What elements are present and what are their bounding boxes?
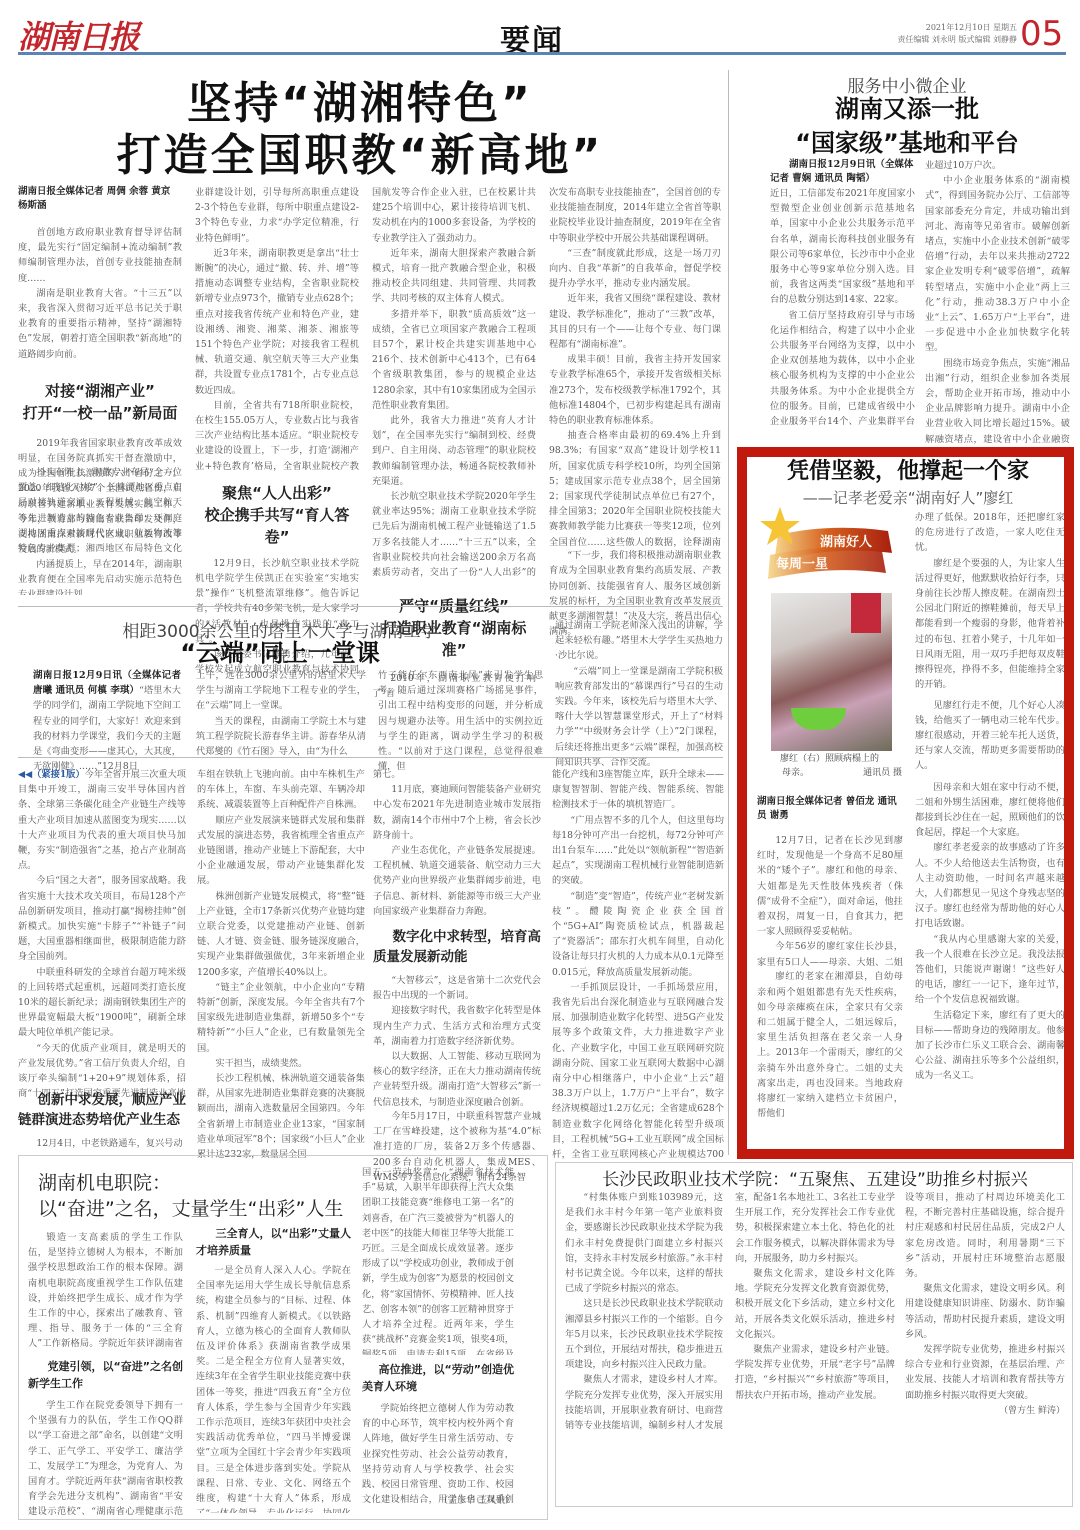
jump-marker[interactable]: ◀◀（紧接1版） [18,769,85,780]
lead-paragraph: 内涵提质上，早在2014年，湖南职业教育便在全国率先启动实施示范特色专业群建设计… [18,557,182,595]
cont-paragraph: 中联重科研发的全球首台超万吨米级的上回转塔式起重机，远超同类打造长度10米的超长… [18,965,186,1041]
cont-paragraph: 顺应产业发展演来链群式发展和集群式发展的演进态势，我省梳理全省重点产业链图谱，推… [197,813,365,889]
minzheng-headline: 长沙民政职业技术学院：“五聚焦、五建设”助推乡村振兴 [560,1165,1070,1190]
cont-paragraph: “广用点智不多的几个人，但这里每均每18分钟可产出一台挖机，每72分钟可产出1台… [552,813,724,889]
jidian-paragraph: 学院始终把立德树人作为劳动教育的中心环节，筑牢校内校外两个育人阵地，做好学生日常… [362,1401,514,1507]
cont-paragraph: 11月底，赛迪顾问智能装备产业研究中心发布2021年先进制造业城市发展指数，湖南… [373,782,541,843]
cloud-paragraph: 上午，远在3000余公里外的塔里木大学学生与湖南工学院地下工程专业的学生，在“云… [196,668,366,714]
cont-paragraph: “大智移云”，这是省第十二次党代会报告中出现的一个新词。 [373,973,541,1003]
cont-paragraph: “链主”企业领航，中小企业向“专精特新”创新，深度发展。今年全省共有7个国家级先… [197,980,365,1056]
caption-line: 母亲。 通讯员 摄 [762,766,902,780]
cont-paragraph: “制造”变“智造”，传统产业“老树发新枝”。醴陵陶瓷企业获全国首个“5G+AI”… [552,889,724,980]
issue-date: 2021年12月10日 星期五 [882,22,1017,34]
subhead-line: 对接“湖湘产业” [18,380,182,402]
jidian-paragraph: 一是全员育人深入人心。学院在全国率先运用大学生成长导航信息系统，构建全员参与的“… [196,1263,351,1513]
sme-paragraph: 省工信厅坚持政府引导与市场化运作相结合，构建了以中小企业公共服务平台网络为支撑，… [770,308,915,430]
lead-col-2: 业群建设计划，引导每所高职重点建设2-3个特色专业群，每所中职重点建设2-3个特… [195,185,359,595]
subhead-line: 三全育人，以“出彩”丈量人 [196,1225,351,1242]
subhead-line: 创新中求发展，顺应产业 [18,1090,186,1110]
feature-paragraph: 廖红的老家在湘潭县，自幼母亲和两个姐姐都患有先天性疾病，如今母亲瘫痪在床，全家只… [757,969,903,1119]
badge-line2: 每周一星 [776,553,828,572]
lead-subhead-1: 对接“湖湘产业” 打开“一校一品”新局面 [18,380,182,424]
cont-text: 今年全省开展三次重大项目集中开竣工，湖南三安半导体国内首条、全球第三条碳化硅全产… [18,769,186,871]
cloud-col-4: 通过湖南工学院老师深入浅出的讲解，学起来轻松有趣。”塔里木大学学生买热地力·沙比… [555,618,723,748]
masthead: 湖南日报 要闻 2021年12月10日 星期五 责任编辑 刘永明 版式编辑 刘静… [0,0,1080,58]
jidian-paragraph: 国五一劳动奖章”、“湖南省技术能手”易斌，入职半年即获得上汽大众集团职工技能竞赛… [362,1165,514,1355]
cont-paragraph: ◀◀（紧接1版）今年全省开展三次重大项目集中开竣工，湖南三安半导体国内首条、全球… [18,767,186,873]
lead-paragraph: 首创地方政府职业教育督导评估制度，最先实行“固定编制+流动编制”教师编制管理办法… [18,225,182,286]
minzheng-paragraph: 聚焦文化需求，建设乡村文化阵地。学院充分发挥文化教育资源优势，积极开展文化下乡活… [735,1266,895,1342]
badge-line1: 湖南好人 [820,531,872,550]
cloud-paragraph: 通过湖南工学院老师深入浅出的讲解，学起来轻松有趣。”塔里木大学学生买热地力·沙比… [555,618,723,664]
sme-headline-line2: “国家级”基地和平台 [737,126,1077,160]
lead-paragraph: 次发布高职专业技能抽查”，全国首创的专业技能抽查制度，2014年建立全省首等职业… [549,185,721,246]
minzheng-paragraph: 这只是长沙民政职业技术学院联动湘潭县乡村振兴工作的一个缩影。自今年5月以来，长沙… [565,1296,723,1372]
subhead-line: 美育人环境 [362,1378,514,1395]
lead-subhead-2: 聚焦“人人出彩” 校企携手共写“育人答卷” [195,482,359,548]
feature-col-1: 湖南日报全媒体记者 曾佰龙 通讯员 谢勇 12月7日，记者在长沙见到廖红时，发现… [757,795,903,1147]
subhead-line: 才培养质量 [196,1242,351,1259]
sme-paragraph: 业超过10万户次。 [925,158,1070,173]
sme-paragraph: 近日，工信部发布2021年度国家小型微型企业创业创新示范基地名单，国家中小企业公… [770,186,915,308]
cloud-col-1: 湖南日报12月9日讯（全媒体记者 唐曦 通讯员 何槙 李琪）“塔里木大学的同学们… [33,668,181,748]
feature-paragraph: “我从内心里感谢大家的关爱，我一个人很难在长沙立足。我没法报答他们，只能说声谢谢… [915,932,1065,1008]
issue-editors: 责任编辑 刘永明 版式编辑 刘静静 [882,34,1017,46]
cont-paragraph: 第七。 [373,767,541,782]
subhead-line: 聚焦“人人出彩” [195,482,359,504]
lead-paragraph: “三查”制度就此形成，这是一场刀刃向内、自我“革新”的自我革命，督促学校提升办学… [549,246,721,292]
cont-paragraph: 产业生态优化，产业链条发展提速。工程机械、轨道交通装备、航空动力三大优势产业向世… [373,843,541,919]
subhead-line: 数字化中求转型，培育高 [373,927,541,947]
lead-headline-line1: 坚持“湖湘特色” [0,78,720,130]
caption-line: 廖红（右）照顾病榻上的 [762,752,902,766]
photo-caption: 廖红（右）照顾病榻上的 母亲。 通讯员 摄 [762,752,902,780]
lead-paragraph: 近年来，湖南大胆探索产教融合新模式，培育一批产教融合型企业，积极推动校企共同组建… [372,246,536,307]
subhead-line: 校企携手共写“育人答卷” [195,504,359,548]
jidian-subhead-1: 党建引领，以“奋进”之名创 新学生工作 [28,1358,183,1392]
feature-paragraph: 办理了低保。2018年，还把廖红家的危房进行了改造，一家人吃住无忧。 [915,510,1065,556]
jidian-col-3: 国五一劳动奖章”、“湖南省技术能手”易斌，入职半年即获得上汽大众集团职工技能竞赛… [362,1165,514,1515]
cont-subhead-1: 创新中求发展，顺应产业 链群演进态势培优产业生态 12月4日，中老铁路通车，复兴… [18,1090,186,1151]
sme-paragraph: 中小企业服务体系的“湖南模式”，得到国务院办公厅、工信部等国家部委充分肯定，并成… [925,173,1070,355]
lead-col-3: 国航发等合作企业入驻，已在校累计共建25个培训中心，累计接待培训飞机、发动机在内… [372,185,536,595]
cloud-paragraph: 湖南日报12月9日讯（全媒体记者 唐曦 通讯员 何槙 李琪）“塔里木大学的同学们… [33,668,181,774]
jidian-headline-line1: 湖南机电职院： [38,1170,368,1196]
cloud-col-3: 竹子能任尔东西南北风”来引发学生思考；随后通过深圳赛格广场摇晃事件，引出工程中结… [378,668,543,748]
subhead-line: 打开“一校一品”新局面 [18,402,182,424]
lead-col-4: 次发布高职专业技能抽查”，全国首创的专业技能抽查制度，2014年建立全省首等职业… [549,185,721,595]
minzheng-paragraph: 室，配备1名本地社工、3名社工专业学生开展工作，充分发挥社会工作专业优势，积极探… [735,1190,895,1266]
cont-paragraph: 今后“国之大者”，服务国家战略。我省实施十大技术攻关项目，布局128个产品创新研… [18,873,186,964]
fu-decoration [851,593,881,633]
lead-paragraph: 此外，我省大力推进“英育人才计划”，在全国率先实行“编制到校、经费到户、自主用岗… [372,413,536,489]
cont-col-2: 车组在铁轨上飞驰向前。由中车株机生产的车体上，车窗、车头前壳罩、车辆冷却系统、减… [197,767,365,1147]
lead-col-1b: 抖头布阵上，职教专业布局“全方位覆盖、细链化对接”。长株潭地区重点布局对接轨道交… [18,465,182,595]
section-divider [18,757,723,758]
jidian-col-2: 三全育人，以“出彩”丈量人 才培养质量 一是全员育人深入人心。学院在全国率先运用… [196,1225,351,1515]
subhead-line: 质量发展新动能 [373,947,541,967]
cloud-paragraph: “云端”同上一堂课是湖南工学院积极响应教育部发出的“慕课西行”号召的生动实践。今… [555,664,723,770]
lead-headline: 坚持“湖湘特色” 打造全国职教“新高地” [0,78,720,182]
lead-paragraph: 抽查合格率由最初的69.4%上升到98.3%；有国家“双高”建设计划学校11所，… [549,428,721,548]
cont-paragraph: 一手抓顶层设计，一手抓场景应用，我省先后出台深化制造业与互联网融合发展、加强制造… [552,980,724,1162]
jidian-col-1: 锻造一支高素质的学生工作队伍，是坚持立德树人为根本，不断加强学校思想政治工作的根… [28,1230,183,1515]
lead-paragraph: 国航发等合作企业入驻，已在校累计共建25个培训中心，累计接待培训飞机、发动机在内… [372,185,536,246]
issue-meta: 2021年12月10日 星期五 责任编辑 刘永明 版式编辑 刘静静 [882,22,1017,46]
feature-paragraph: 12月7日，记者在长沙见到廖红时，发现他是一个身高不足80厘米的“矮个子”。廖红… [757,833,903,939]
cont-col-3: 第七。 11月底，赛迪顾问智能装备产业研究中心发布2021年先进制造业城市发展指… [373,767,541,1147]
subhead-line: 新学生工作 [28,1375,183,1392]
lead-paragraph: 多措并举下，职教“质高质效”这一成绩，全省已立项国家产教融合工程项目57个，累计… [372,307,536,413]
lead-paragraph: 湖南是职业教育大省。“十三五”以来，我省深入贯彻习近平总书记关于职业教育的重要指… [18,286,182,362]
section-divider [18,606,723,607]
cont-paragraph: 车组在铁轨上飞驰向前。由中车株机生产的车体上，车窗、车头前壳罩、车辆冷却系统、减… [197,767,365,813]
cont-subhead-2: 数字化中求转型，培育高 质量发展新动能 [373,927,541,967]
feature-photo [771,593,892,751]
cloud-headline: “云端”同上一堂课 [120,638,440,668]
sme-col-2: 业超过10万户次。 中小企业服务体系的“湖南模式”，得到国务院办公厅、工信部等国… [925,158,1070,443]
minzheng-paragraph: 发挥学院专业优势，推进乡村振兴综合专业和行业资源，在基层治理、产业发展、技能人才… [905,1342,1065,1403]
feature-headline: 凭借坚毅，他撑起一个家 [752,458,1064,486]
minzheng-col-2: 室，配备1名本地社工、3名社工专业学生开展工作，充分发挥社会工作专业优势，积极探… [735,1190,895,1500]
cloud-text: “塔里木大学的同学们，湖南工学院地下空间工程专业的同学们，大家好！欢迎来到我的材… [33,685,181,772]
feature-paragraph: 今年56岁的廖红家住长沙县，家里有5口人——母亲、大姐、二姐和两个弟弟。 [757,939,903,969]
minzheng-paragraph: 设等项目，推动了村周边环境美化工程，不断完善村庄基础设施，综合提升村庄观感和村民… [905,1190,1065,1281]
minzheng-paragraph: 聚焦文化需求，建设文明乡风。利用建设健康知识讲座、防溺水、防诈骗等活动，帮助村民… [905,1281,1065,1342]
lead-paragraph: 目前，全省共有718所职业院校，在校生155.05万人，专业数占比与我省三次产业… [195,398,359,474]
cont-col-4: 能化产线和3座智能立库，跃升全球未——康复智智制、智能产线、智能系统、智能检测技… [552,767,724,1147]
lead-headline-line2: 打造全国职教“新高地” [0,130,720,182]
cloud-paragraph: 当天的课程，由湖南工学院土木与建筑工程学院院长游春华主讲。游春华从清代郑燮的《竹… [196,714,366,760]
feature-paragraph: 生活稳定下来，廖红有了更大的目标——帮助身边的残障朋友。他参加了长沙市仁乐义工联… [915,1008,1065,1084]
cloud-paragraph: 竹子能任尔东西南北风”来引发学生思考；随后通过深圳赛格广场摇晃事件，引出工程中结… [378,668,543,774]
lead-paragraph: 抖头布阵上，职教专业布局“全方位覆盖、细链化对接”。长株潭地区重点布局对接轨道交… [18,465,182,557]
cont-paragraph: 以大数据、人工智能、移动互联网为核心的数字经济，正在大力推动湖南传统产业转型升级… [373,1049,541,1109]
jidian-headline: 湖南机电职院： 以“奋进”之名，丈量学生“出彩”人生 [38,1170,368,1222]
lead-paragraph: 成果丰硕！目前，我省主持开发国家专业教学标准65个，承接开发省级相关标准273个… [549,352,721,428]
cloud-col-2: 上午，远在3000余公里外的塔里木大学学生与湖南工学院地下工程专业的学生，在“云… [196,668,366,748]
cont-paragraph: 实干担当，成绩斐然。 [197,1056,365,1071]
jidian-subhead-3: 高位推进，以“劳动”创造优 美育人环境 [362,1361,514,1395]
minzheng-col-3: 设等项目，推动了村周边环境美化工程，不断完善村庄基础设施，综合提升村庄观感和村民… [905,1190,1065,1500]
subhead-line: 链群演进态势培优产业生态 [18,1110,186,1130]
feature-paragraph: 因母亲和大姐在家中行动不便，二姐和外甥生活困难，廖红便将他们都接到长沙住在一起，… [915,780,1065,841]
jidian-headline-line2: 以“奋进”之名，丈量学生“出彩”人生 [38,1196,368,1222]
lead-paragraph: 业群建设计划，引导每所高职重点建设2-3个特色专业群，每所中职重点建设2-3个特… [195,185,359,246]
minzheng-paragraph: 聚焦产业需求，建设乡村产业链。学院发挥专业优势，开展“老字号”品牌打造，“乡村振… [735,1342,895,1403]
cont-paragraph: 能化产线和3座智能立库，跃升全球未——康复智智制、智能产线、智能系统、智能检测技… [552,767,724,813]
jidian-paragraph: 锻造一支高素质的学生工作队伍，是坚持立德树人为根本，不断加强学校思想政治工作的根… [28,1230,183,1352]
jidian-paragraph: 学生工作在院党委领导下拥有一个坚强有力的队伍，学生工作QQ群以“学工奋进之部”命… [28,1398,183,1520]
cont-paragraph: 株洲创新产业链发展模式，将“整”链上产业链，全市17条新兴优势产业链均建立联合党… [197,889,365,980]
sme-dateline: 湖南日报12月9日讯（全媒体记者 曹娴 通讯员 陶韬） [770,158,915,186]
minzheng-paragraph: “村集体账户到账103989元，这是我们永丰村今年第一笔产业旅料资金，要感谢长沙… [565,1190,723,1296]
photo-credit: 通讯员 摄 [863,766,902,780]
lead-paragraph: 长沙航空职业技术学院2020年学生就业率达95%；湖南工业职业技术学院已先后为湖… [372,489,536,581]
subhead-line: 高位推进，以“劳动”创造优 [362,1361,514,1378]
caption-text: 母亲。 [782,766,809,780]
sme-headline: 湖南又添一批 “国家级”基地和平台 [737,92,1077,160]
cont-paragraph: 长沙工程机械、株洲轨道交通装备集群，从国家先进制造业集群竞赛的决赛脱颖而出，湖南… [197,1071,365,1162]
feature-paragraph: 廖红孝老爱亲的故事感动了许多人。不少人给他送去生活物资，也有人主动资助他，一时间… [915,840,1065,931]
feature-paragraph: 廖红是个要强的人，为让家人生活过得更好，他默默收拾好行李，只身前往长沙帮人擦皮鞋… [915,556,1065,692]
column-divider [728,70,729,1155]
lead-paragraph: 近3年来，湖南职教更是拿出“壮士断腕”的决心，通过“撤、转、并、增”等措施动态调… [195,246,359,398]
minzheng-paragraph: 聚焦人才需求，建设乡村人才库。学院充分发挥专业优势，深入开展实用技能培训，开展职… [565,1372,723,1432]
feature-col-2: 办理了低保。2018年，还把廖红家的危房进行了改造，一家人吃住无忧。 廖红是个要… [915,510,1065,1147]
lead-paragraph: 近年来，我省又围绕“课程建设、教材建设、教学标准化”，推动了“三教”改革，其目的… [549,291,721,352]
minzheng-col-1: “村集体账户到账103989元，这是我们永丰村今年第一笔产业旅料资金，要感谢长沙… [565,1190,723,1500]
sme-headline-line1: 湖南又添一批 [737,92,1077,126]
subhead-line: 党建引领，以“奋进”之名创 [28,1358,183,1375]
jidian-subhead-2: 三全育人，以“出彩”丈量人 才培养质量 [196,1225,351,1259]
feature-byline: 湖南日报全媒体记者 曾佰龙 通讯员 谢勇 [757,795,903,823]
good-person-badge: 湖南好人 每周一星 [760,505,900,580]
sme-col-1: 湖南日报12月9日讯（全媒体记者 曹娴 通讯员 陶韬） 近日，工信部发布2021… [770,158,915,443]
cont-paragraph: 12月4日，中老铁路通车，复兴号动 [18,1136,186,1151]
cont-paragraph: 迎接数字时代，我省数字化转型是体现内生产力式、生活方式和治理方式变革，湖南着力打… [373,1003,541,1049]
basin [791,708,846,730]
minzheng-credit: （曾方生 鲜涛） [905,1403,1065,1416]
lead-byline: 湖南日报全媒体记者 周倜 余蓉 黄京 杨斯涵 [18,185,182,213]
masthead-rule [18,52,1066,55]
feature-paragraph: 见廖红行走不便，几个好心人凑钱，给他买了一辆电动三轮车代步。廖红很感动，开着三轮… [915,698,1065,774]
page-number: 05 [1020,14,1063,54]
